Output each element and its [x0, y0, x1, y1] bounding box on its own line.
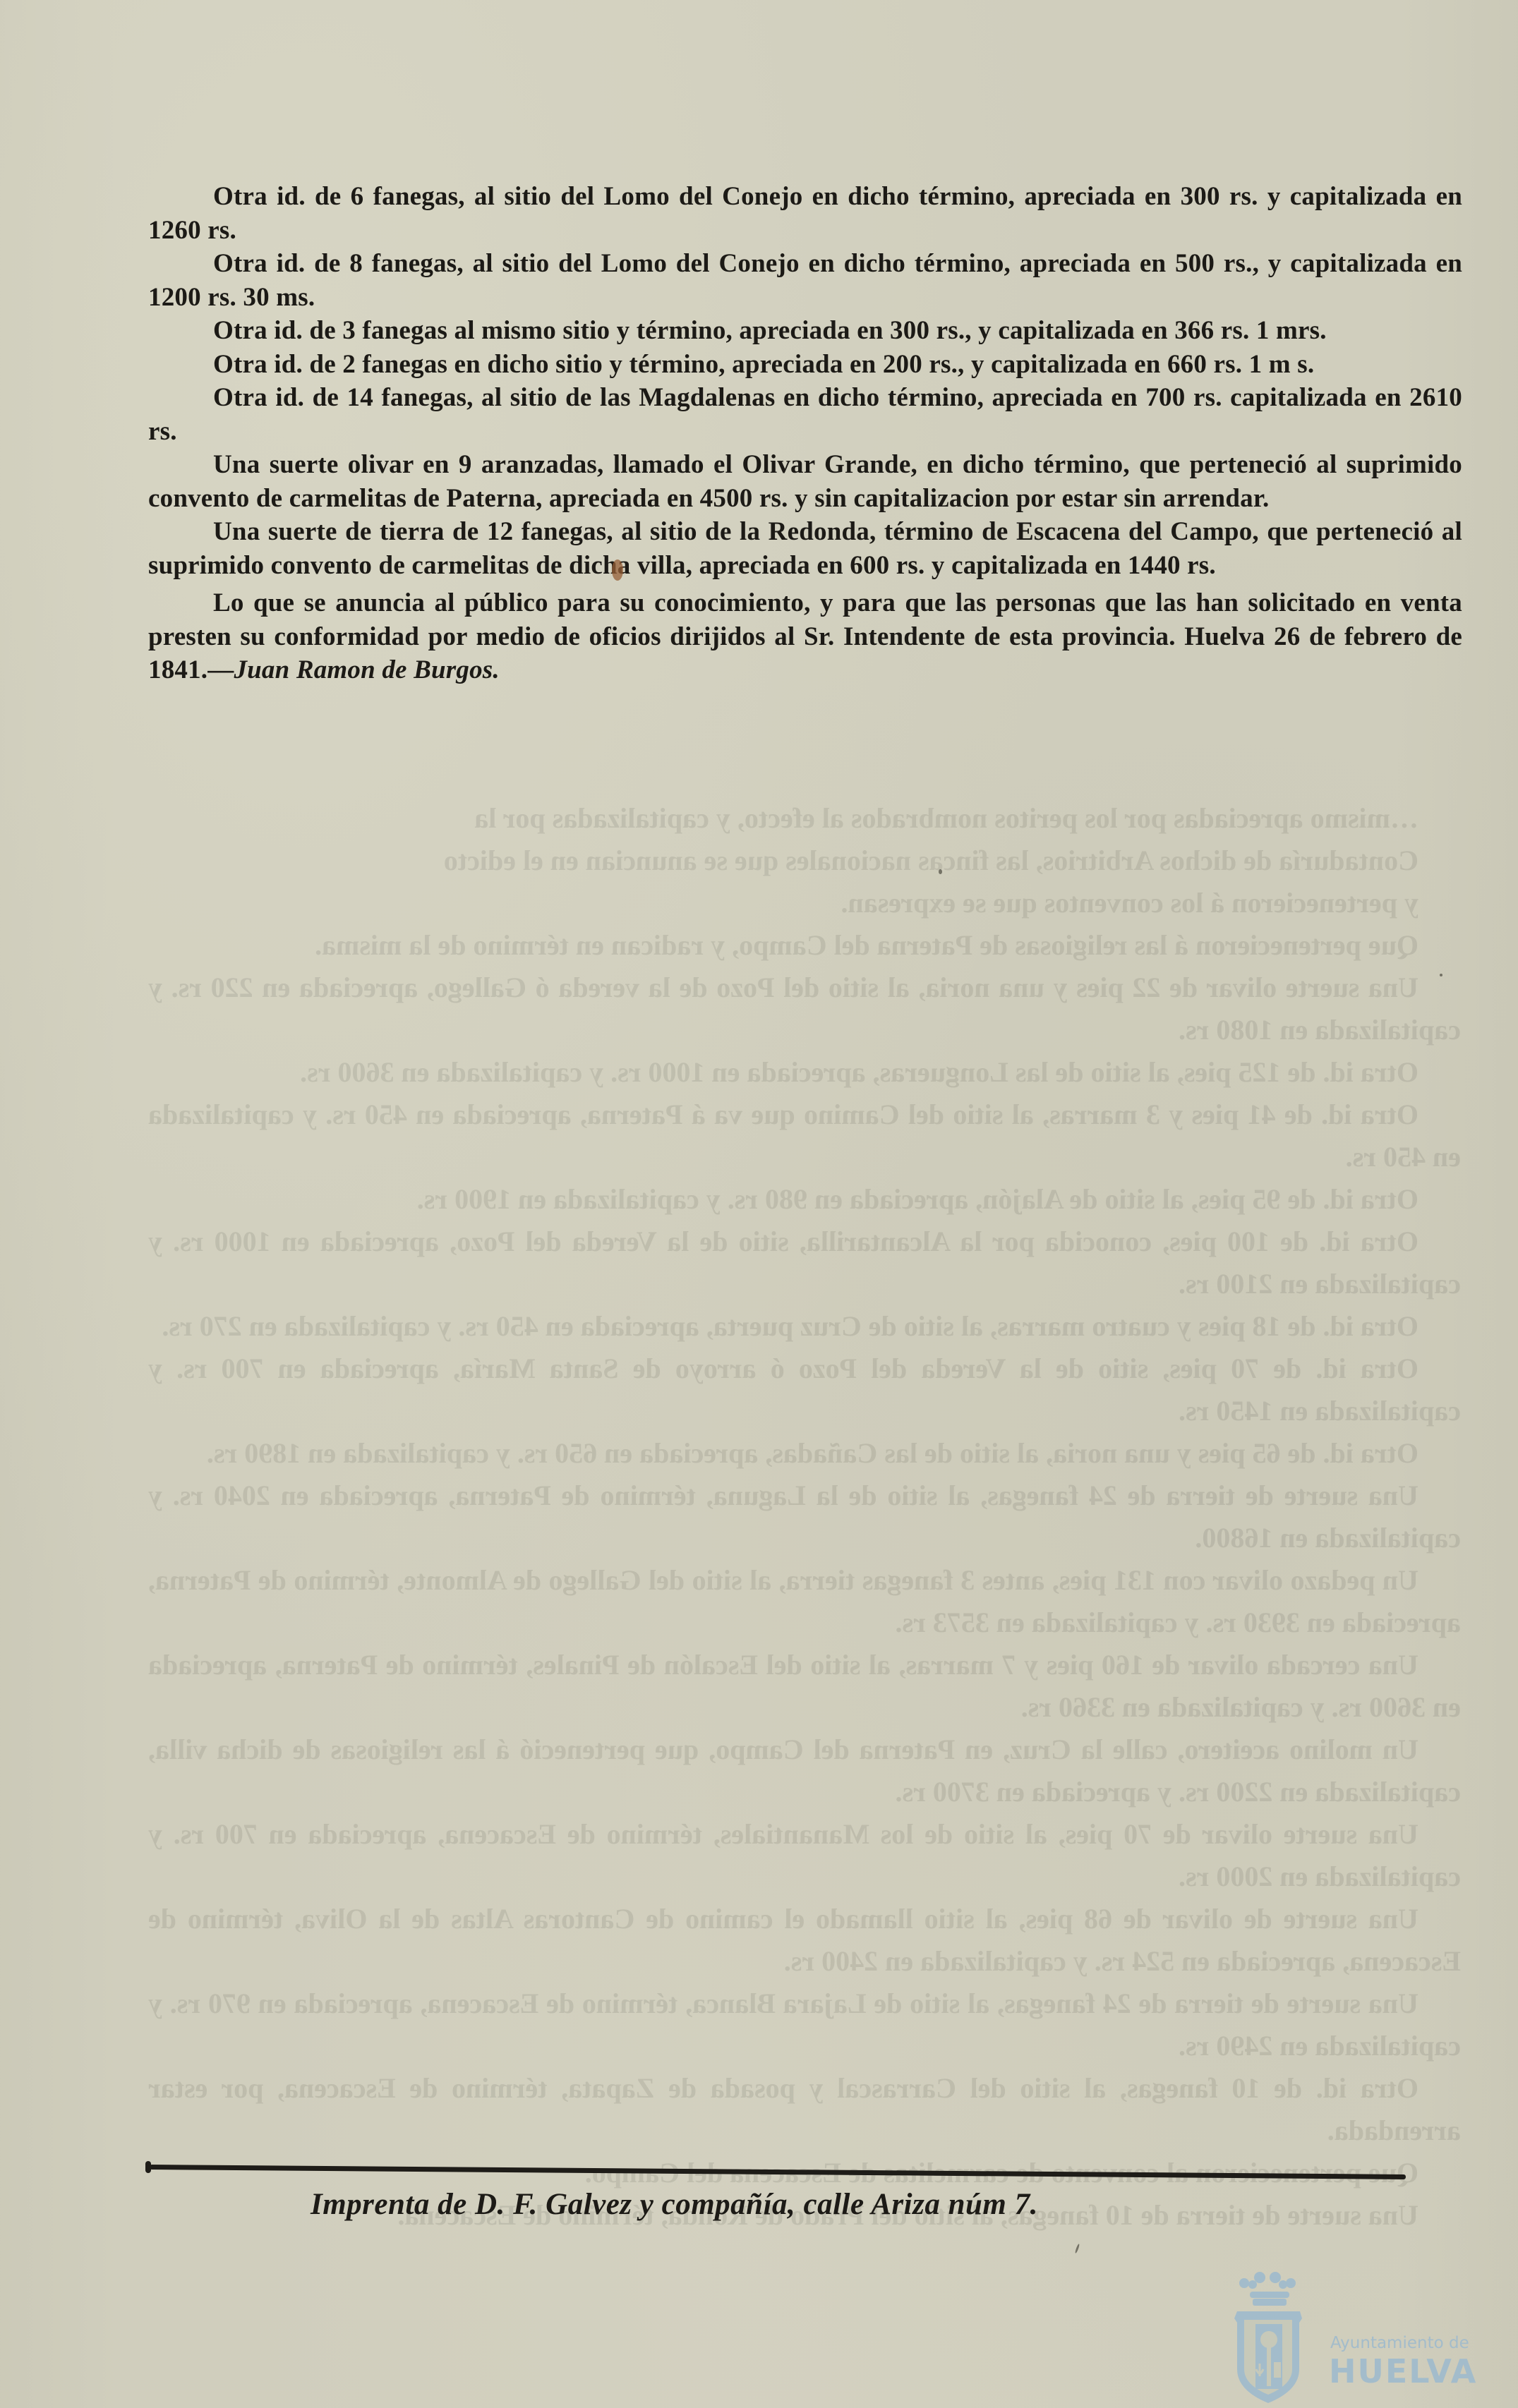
printer-imprint: Imprenta de D. F. Galvez y compañía, cal… — [311, 2187, 1299, 2222]
bleed-line: Otra id. de 41 pies y 3 marras, al sitio… — [148, 1094, 1461, 1178]
paragraph-lot-6-fanegas: Otra id. de 6 fanegas, al sitio del Lomo… — [148, 180, 1462, 247]
bleed-line: Una suerte de tierra de 24 fanegas, al s… — [148, 1983, 1461, 2067]
bleed-line: Una suerte olivar de 70 pies, al sitio d… — [148, 1813, 1461, 1898]
paragraph-lot-8-fanegas: Otra id. de 8 fanegas, al sitio del Lomo… — [148, 247, 1462, 314]
bleed-line: Una cercada olivar de 160 pies y 7 marra… — [148, 1644, 1461, 1729]
bleed-through-text: …mismo apreciadas por los peritos nombra… — [148, 797, 1461, 2124]
bleed-line: Otra id. de 125 pies, al sitio de las Lo… — [148, 1051, 1461, 1094]
bleed-line: Contaduría de dichos Arbitrios, las finc… — [148, 840, 1461, 882]
scanned-document-page: …mismo apreciadas por los peritos nombra… — [0, 0, 1518, 2408]
bleed-line: y pertenecieron á los conventos que se e… — [148, 882, 1461, 924]
bleed-line: Un pedazo olivar con 131 pies, antes 3 f… — [148, 1559, 1461, 1644]
bleed-line: Otra id. de 65 pies y una noria, al siti… — [148, 1432, 1461, 1475]
closing-paragraph: Lo que se anuncia al público para su con… — [148, 586, 1462, 687]
bleed-line: Un molino aceitero, calle la Cruz, en Pa… — [148, 1729, 1461, 1813]
paragraph-lot-3-fanegas: Otra id. de 3 fanegas al mismo sitio y t… — [148, 314, 1462, 348]
watermark-line1: Ayuntamiento de — [1330, 2334, 1469, 2352]
svg-text:ET TERRA: ET TERRA — [1256, 2313, 1280, 2319]
footer-rule — [150, 2165, 1406, 2179]
bleed-line: Otra id. de 95 pies, al sitio de Alajón,… — [148, 1178, 1461, 1221]
coat-of-arms-icon: ET TERRA — [1224, 2263, 1313, 2404]
watermark-line2: HUELVA — [1329, 2352, 1477, 2390]
ink-stain — [612, 559, 623, 581]
bleed-line: Otra id. de 100 pies, conocida por la Al… — [148, 1221, 1461, 1305]
paper-speck — [1440, 974, 1442, 976]
paper-speck — [1075, 2244, 1080, 2253]
paragraph-lot-la-redonda: Una suerte de tierra de 12 fanegas, al s… — [148, 515, 1462, 582]
bleed-line: …mismo apreciadas por los peritos nombra… — [148, 797, 1461, 840]
signature: Juan Ramon de Burgos. — [234, 655, 499, 684]
bleed-line: Otra id. de 10 fanegas, al sitio del Car… — [148, 2067, 1461, 2152]
bleed-line: Otra id. de 70 pies, sitio de la Vereda … — [148, 1348, 1461, 1432]
paper-speck — [939, 869, 942, 874]
document-body: Otra id. de 6 fanegas, al sitio del Lomo… — [148, 180, 1462, 687]
bleed-line: Que pertenecieron á las religiosas de Pa… — [148, 924, 1461, 967]
bleed-line: Una suerte de tierra de 24 fanegas, al s… — [148, 1475, 1461, 1559]
ayuntamiento-huelva-watermark: ET TERRA Ayuntamiento de HUELVA — [1224, 2263, 1507, 2404]
bleed-line: Una suerte olivar de 22 pies y una noria… — [148, 967, 1461, 1051]
paragraph-lot-14-fanegas: Otra id. de 14 fanegas, al sitio de las … — [148, 381, 1462, 448]
bleed-line: Otra id. de 18 pies y cuatro marras, al … — [148, 1305, 1461, 1348]
paragraph-lot-olivar-grande: Una suerte olivar en 9 aranzadas, llamad… — [148, 448, 1462, 515]
bleed-line: Una suerte de olivar de 68 pies, al siti… — [148, 1898, 1461, 1983]
paragraph-lot-2-fanegas: Otra id. de 2 fanegas en dicho sitio y t… — [148, 348, 1462, 382]
